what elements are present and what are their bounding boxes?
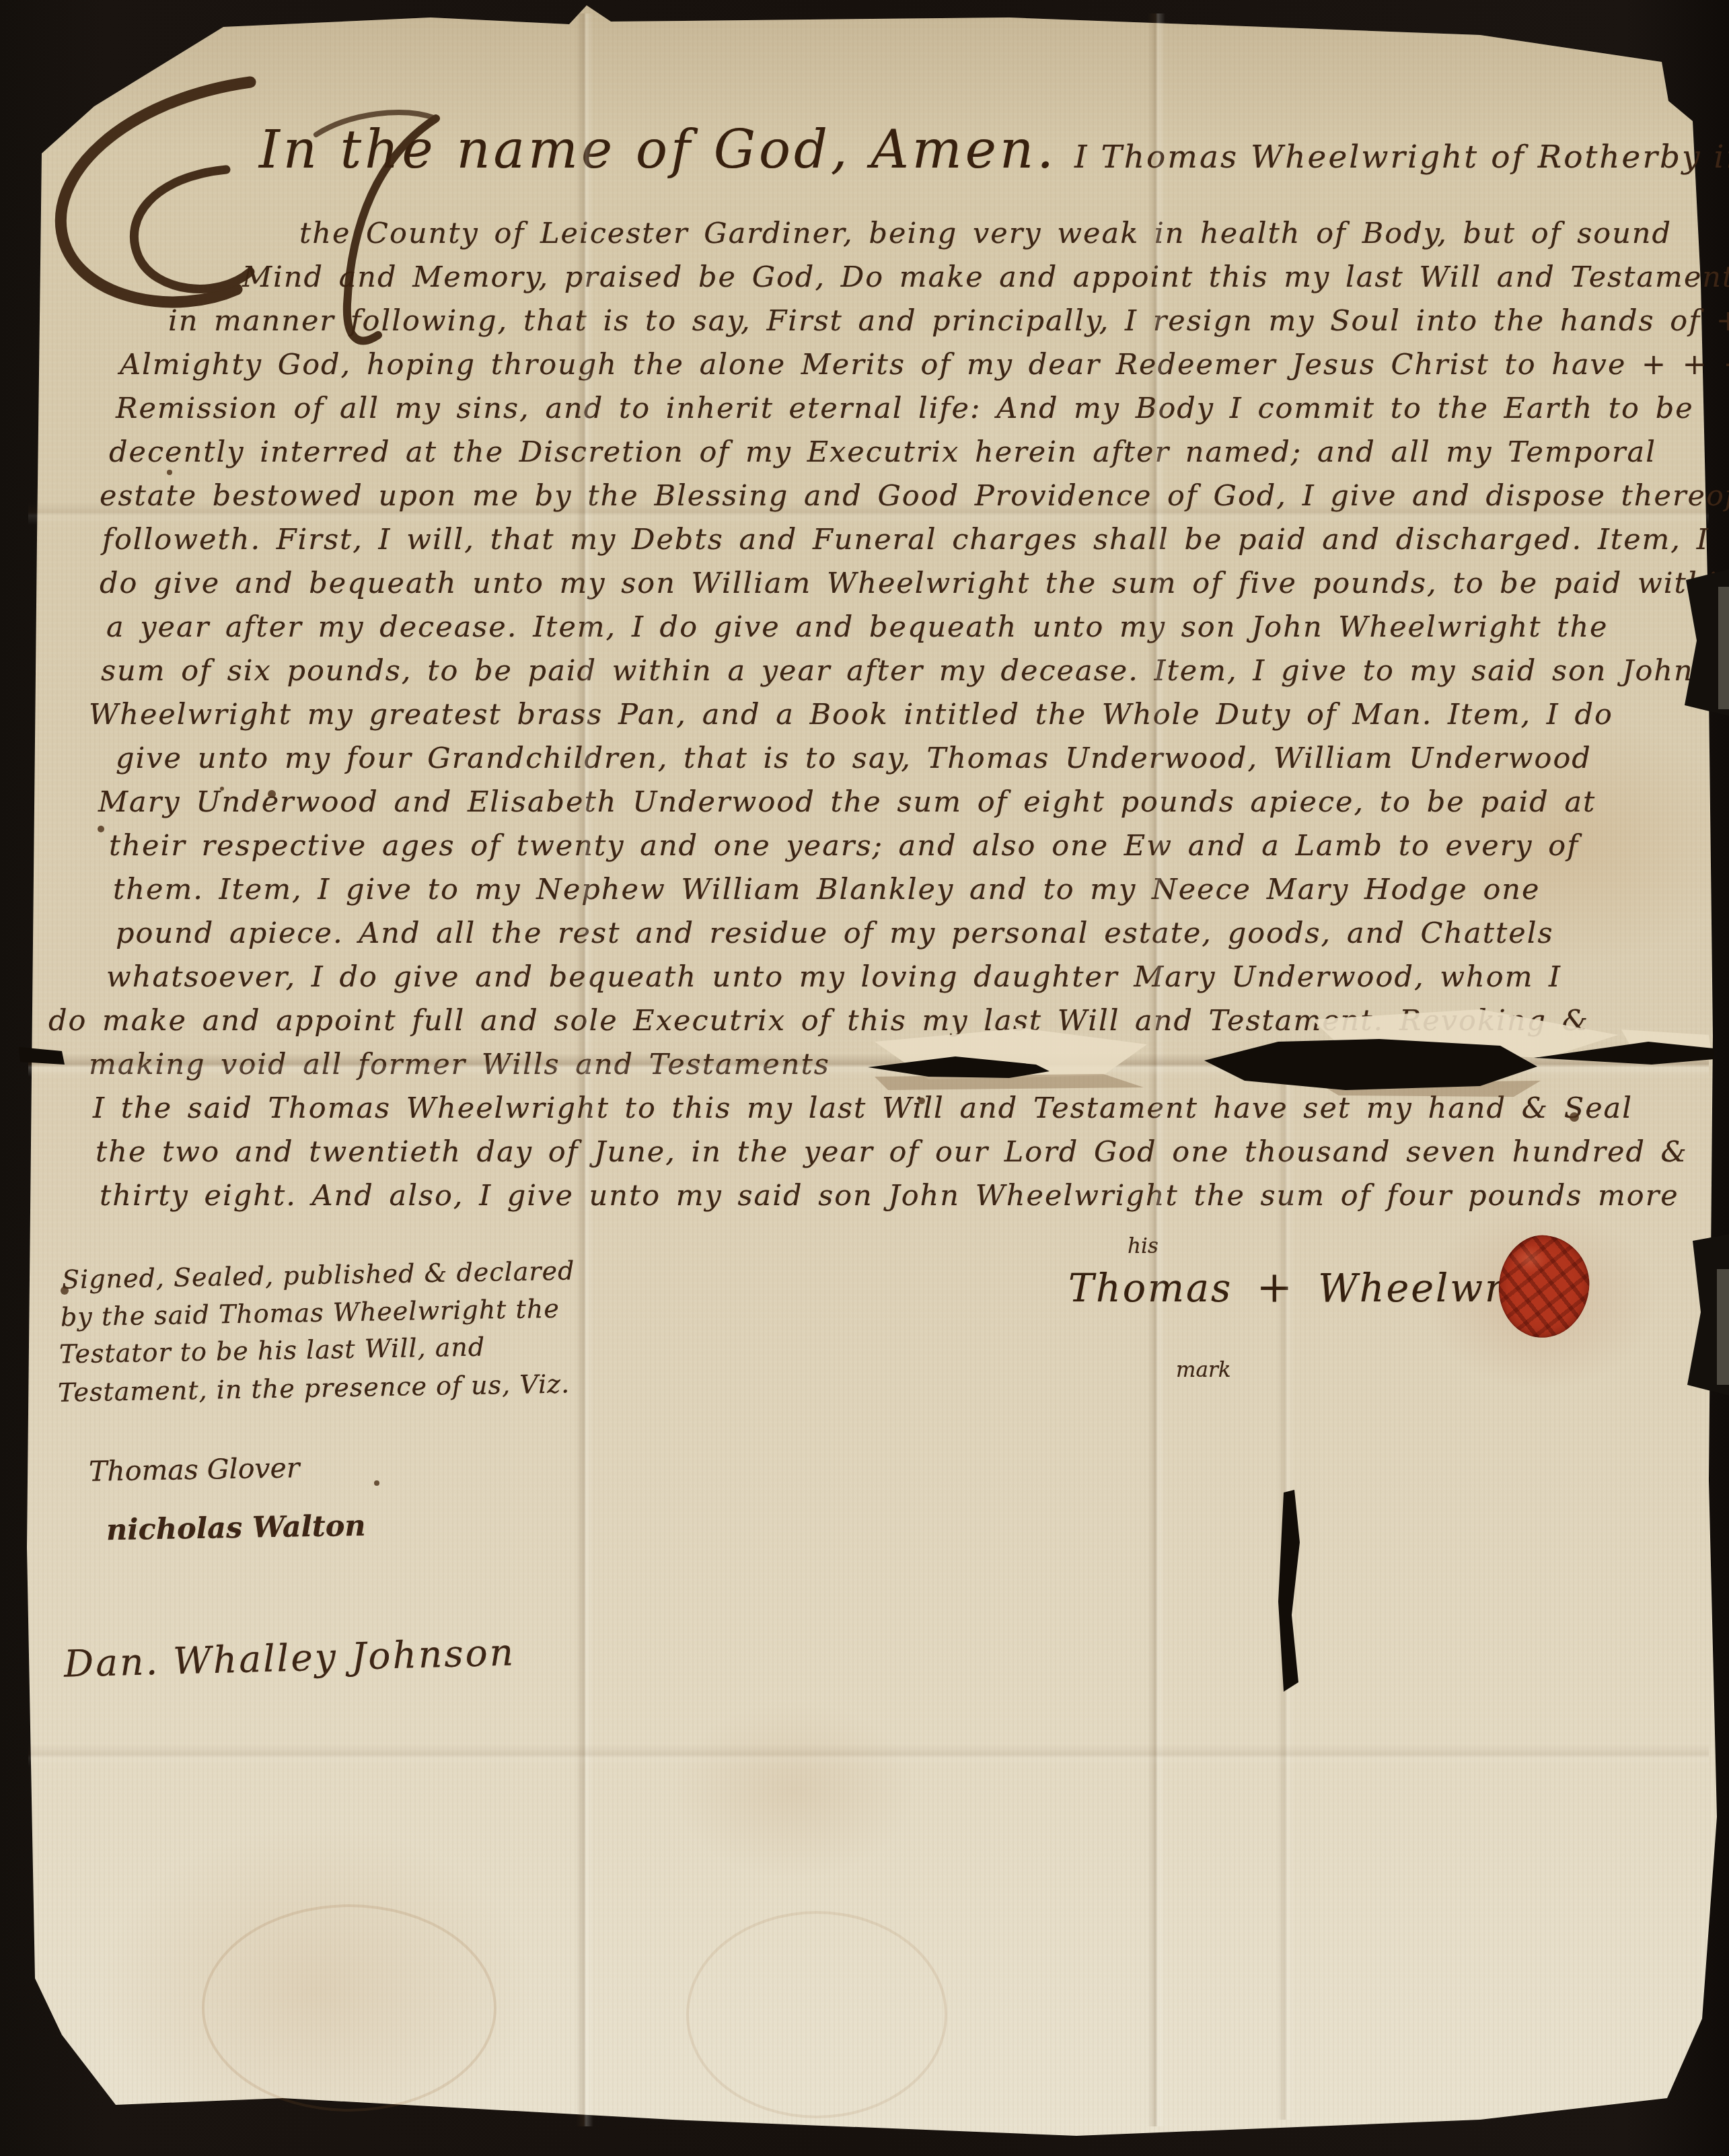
- damage-and-flourish-overlay: [0, 0, 1729, 2156]
- paper-tear: [19, 1039, 1714, 1090]
- scanned-will-image: In the name of God, Amen. I Thomas Wheel…: [0, 0, 1729, 2156]
- calligraphic-flourish-icon: [61, 82, 436, 340]
- vertical-slit-tear: [1278, 1490, 1300, 1692]
- ink-specks: [61, 470, 1579, 1486]
